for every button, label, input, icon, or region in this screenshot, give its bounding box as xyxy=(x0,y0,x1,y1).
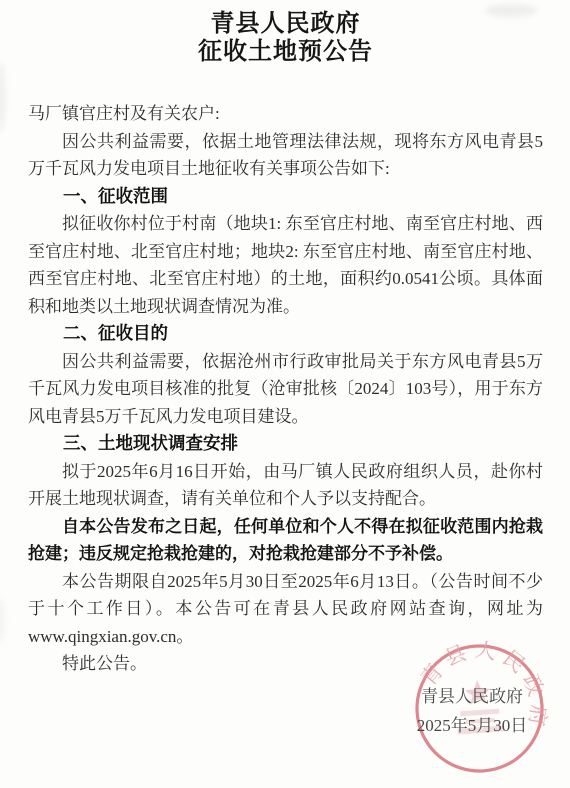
section-1-body: 拟征收你村位于村南（地块1: 东至官庄村地、南至官庄村地、西至官庄村地、北至官庄… xyxy=(28,210,543,320)
intro-paragraph: 因公共利益需要，依据土地管理法律法规，现将东方风电青县5万千瓦风力发电项目土地征… xyxy=(28,128,543,183)
scan-smudge xyxy=(0,598,4,644)
validity-paragraph: 本公告期限自2025年5月30日至2025年6月13日。（公告时间不少于十个工作… xyxy=(28,568,543,651)
document-title: 青县人民政府 征收土地预公告 xyxy=(28,10,543,66)
salutation: 马厂镇官庄村及有关农户: xyxy=(28,100,543,128)
section-1-heading: 一、征收范围 xyxy=(28,183,543,211)
section-2-heading: 二、征收目的 xyxy=(28,320,543,348)
announcement-document-page: 青县人民政府 征收土地预公告 马厂镇官庄村及有关农户: 因公共利益需要，依据土地… xyxy=(0,0,570,788)
section-2-body: 因公共利益需要，依据沧州市行政审批局关于东方风电青县5万千瓦风力发电项目核准的批… xyxy=(28,348,543,431)
scan-smudge xyxy=(485,4,537,17)
document-content: 青县人民政府 征收土地预公告 马厂镇官庄村及有关农户: 因公共利益需要，依据土地… xyxy=(28,0,543,678)
signature-date: 2025年5月30日 xyxy=(402,711,542,740)
document-title-line1: 青县人民政府 xyxy=(28,10,543,38)
document-title-line2: 征收土地预公告 xyxy=(28,38,543,66)
scan-smudge xyxy=(0,62,5,132)
section-3-heading: 三、土地现状调查安排 xyxy=(28,430,543,458)
section-3-body: 拟于2025年6月16日开始，由马厂镇人民政府组织人员，赴你村开展土地现状调查，… xyxy=(28,458,543,513)
signature-block: 青县人民政府 2025年5月30日 xyxy=(402,682,542,740)
warning-paragraph: 自本公告发布之日起，任何单位和个人不得在拟征收范围内抢栽抢建；违反规定抢栽抢建的… xyxy=(28,513,543,568)
signature-issuer: 青县人民政府 xyxy=(402,682,542,711)
